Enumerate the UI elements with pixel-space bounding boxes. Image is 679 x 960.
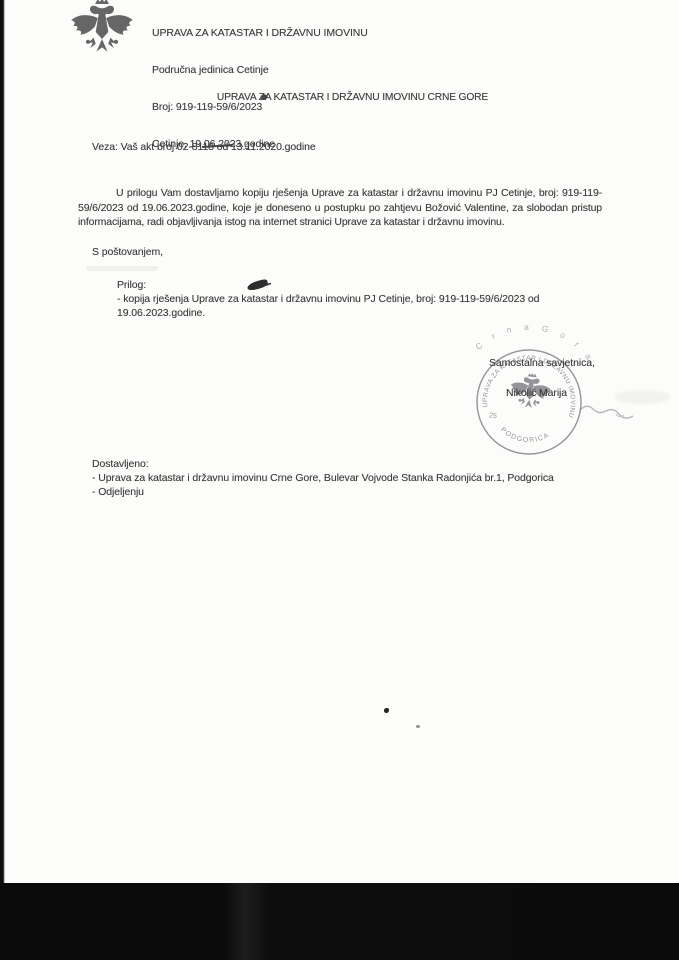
svg-text:PODGORICA: PODGORICA bbox=[498, 426, 552, 447]
scan-ghost-line bbox=[86, 266, 158, 271]
body-paragraph: U prilogu Vam dostavljamo kopiju rješenj… bbox=[78, 186, 602, 230]
letterhead-org-name: UPRAVA ZA KATASTAR I DRŽAVNU IMOVINU bbox=[152, 27, 368, 39]
ink-speck-icon bbox=[416, 725, 420, 728]
signature-role: Samostalna savjetnica, bbox=[489, 357, 595, 369]
closing-salutation: S poštovanjem, bbox=[92, 246, 163, 258]
coat-of-arms-icon bbox=[64, 0, 140, 67]
letterhead-unit: Područna jedinica Cetinje bbox=[152, 64, 368, 76]
attachment-label: Prilog: bbox=[117, 278, 605, 292]
scanned-letter-page: UPRAVA ZA KATASTAR I DRŽAVNU IMOVINU Pod… bbox=[0, 0, 679, 960]
letterhead-number: Broj: 919-119-59/6/2023 bbox=[152, 101, 368, 113]
attachment-section: Prilog: - kopija rješenja Uprave za kata… bbox=[117, 278, 605, 320]
stamp-number-text: 25 bbox=[489, 412, 498, 420]
stamp-city-text: PODGORICA bbox=[498, 426, 552, 447]
scan-left-edge bbox=[0, 0, 5, 884]
signature-name: Nikolić Marija bbox=[506, 387, 567, 399]
scan-bottom-band bbox=[0, 883, 679, 960]
document-title: UPRAVA ZA KATASTAR I DRŽAVNU IMOVINU CRN… bbox=[26, 92, 679, 103]
official-stamp-icon: C r n a G o r a UPRAVA ZA KATASTAR I DRŽ… bbox=[434, 307, 623, 496]
ink-speck-icon bbox=[384, 708, 389, 713]
